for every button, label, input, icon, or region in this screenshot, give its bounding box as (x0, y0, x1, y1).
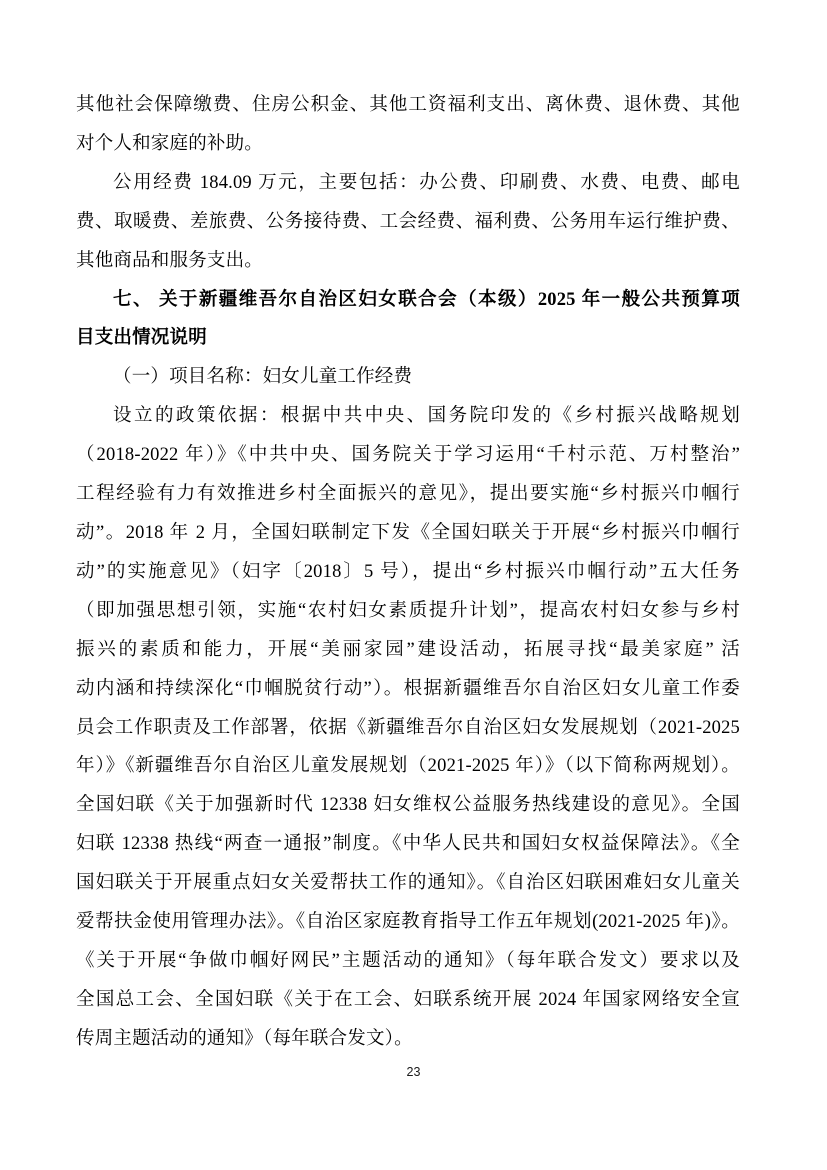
text-line: （2018-2022 年）》《中共中央、国务院关于学习运用“千村示范、万村整治” (76, 436, 740, 475)
page-number: 23 (0, 1065, 827, 1079)
text-line: 传周主题活动的通知》（每年联合发文）。 (76, 1020, 740, 1059)
text-line: 员会工作职责及工作部署，依据《新疆维吾尔自治区妇女发展规划（2021-2025 (76, 709, 740, 748)
text-line: 年）》《新疆维吾尔自治区儿童发展规划（2021-2025 年）》（以下简称两规划… (76, 747, 740, 786)
text-line: 七、 关于新疆维吾尔自治区妇女联合会（本级）2025 年一般公共预算项 (76, 281, 740, 320)
text-line: （一）项目名称：妇女儿童工作经费 (76, 358, 740, 397)
paragraph-policy-basis: 设立的政策依据：根据中共中央、国务院印发的《乡村振兴战略规划（2018-2022… (76, 397, 740, 1058)
text-line: 其他商品和服务支出。 (76, 242, 740, 281)
text-line: 目支出情况说明 (76, 319, 740, 358)
text-line: 振兴的素质和能力，开展“美丽家园”建设活动，拓展寻找“最美家庭” 活 (76, 631, 740, 670)
paragraph-section-seven-heading: 七、 关于新疆维吾尔自治区妇女联合会（本级）2025 年一般公共预算项目支出情况… (76, 281, 740, 359)
text-line: 费、取暖费、差旅费、公务接待费、工会经费、福利费、公务用车运行维护费、 (76, 203, 740, 242)
text-line: 动内涵和持续深化“巾帼脱贫行动”）。根据新疆维吾尔自治区妇女儿童工作委 (76, 670, 740, 709)
text-line: 全国总工会、全国妇联《关于在工会、妇联系统开展 2024 年国家网络安全宣 (76, 981, 740, 1020)
text-line: 公用经费 184.09 万元，主要包括：办公费、印刷费、水费、电费、邮电 (76, 164, 740, 203)
text-line: 国妇联关于开展重点妇女关爱帮扶工作的通知》。《自治区妇联困难妇女儿童关 (76, 864, 740, 903)
text-line: 设立的政策依据：根据中共中央、国务院印发的《乡村振兴战略规划 (76, 397, 740, 436)
text-line: 全国妇联《关于加强新时代 12338 妇女维权公益服务热线建设的意见》。全国 (76, 786, 740, 825)
text-line: （即加强思想引领，实施“农村妇女素质提升计划”，提高农村妇女参与乡村 (76, 592, 740, 631)
paragraph-continuation-personnel-expense: 其他社会保障缴费、住房公积金、其他工资福利支出、离休费、退休费、其他对个人和家庭… (76, 86, 740, 164)
text-line: 其他社会保障缴费、住房公积金、其他工资福利支出、离休费、退休费、其他 (76, 86, 740, 125)
text-line: 工程经验有力有效推进乡村全面振兴的意见》，提出要实施“乡村振兴巾帼行 (76, 475, 740, 514)
document-body: 其他社会保障缴费、住房公积金、其他工资福利支出、离休费、退休费、其他对个人和家庭… (76, 86, 740, 1059)
paragraph-project-name: （一）项目名称：妇女儿童工作经费 (76, 358, 740, 397)
text-line: 动”的实施意见》（妇字〔2018〕5 号），提出“乡村振兴巾帼行动”五大任务 (76, 553, 740, 592)
text-line: 对个人和家庭的补助。 (76, 125, 740, 164)
document-page: 其他社会保障缴费、住房公积金、其他工资福利支出、离休费、退休费、其他对个人和家庭… (0, 0, 827, 1170)
text-line: 动”。2018 年 2 月，全国妇联制定下发《全国妇联关于开展“乡村振兴巾帼行 (76, 514, 740, 553)
text-line: 《关于开展“争做巾帼好网民”主题活动的通知》（每年联合发文）要求以及 (76, 942, 740, 981)
text-line: 妇联 12338 热线“两查一通报”制度。《中华人民共和国妇女权益保障法》。《全 (76, 825, 740, 864)
paragraph-public-expense: 公用经费 184.09 万元，主要包括：办公费、印刷费、水费、电费、邮电费、取暖… (76, 164, 740, 281)
text-line: 爱帮扶金使用管理办法》。《自治区家庭教育指导工作五年规划(2021-2025 年… (76, 903, 740, 942)
